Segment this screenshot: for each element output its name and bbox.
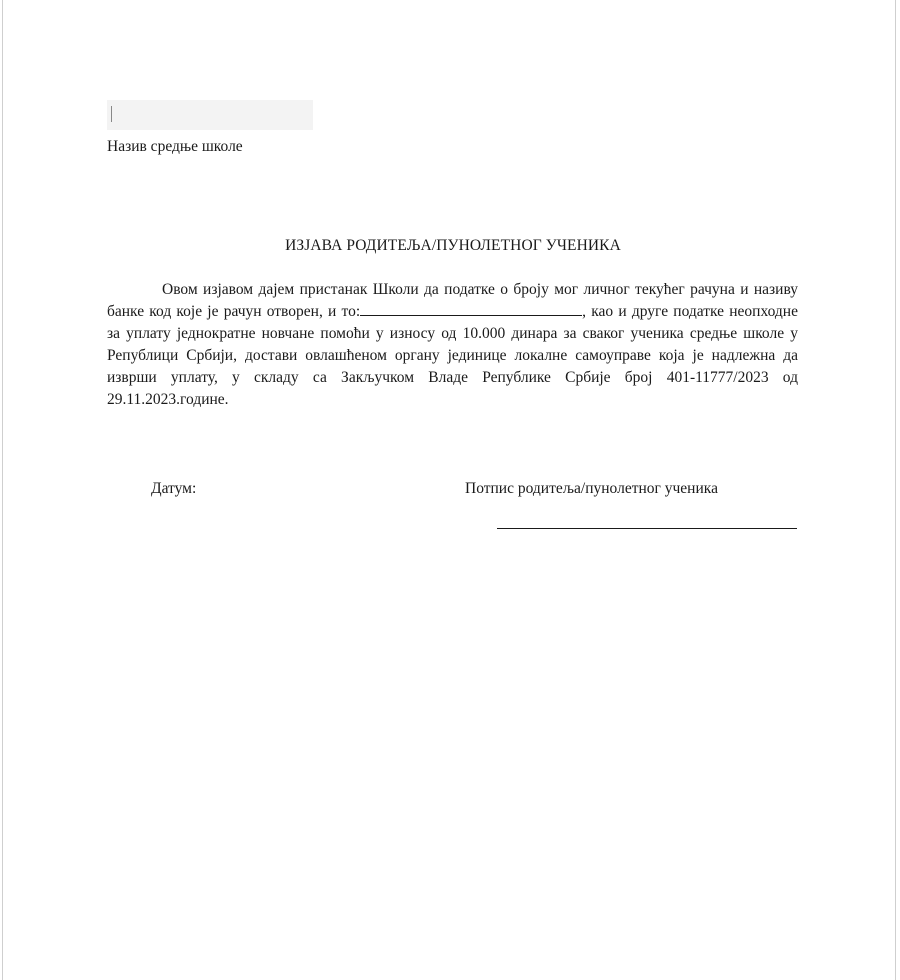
signature-line[interactable]: [497, 528, 797, 529]
date-label: Датум:: [151, 480, 196, 498]
redacted-school-field[interactable]: [107, 100, 313, 130]
text-cursor: [111, 106, 112, 122]
school-name-label: Назив средње школе: [107, 138, 243, 156]
document-page: Назив средње школе ИЗЈАВА РОДИТЕЉА/ПУНОЛ…: [2, 0, 896, 980]
bank-account-blank[interactable]: [360, 301, 582, 316]
consent-paragraph: Овом изјавом дајем пристанак Школи да по…: [107, 279, 798, 411]
signature-label: Потпис родитеља/пунолетног ученика: [465, 480, 718, 498]
document-title: ИЗЈАВА РОДИТЕЉА/ПУНОЛЕТНОГ УЧЕНИКА: [3, 237, 900, 255]
